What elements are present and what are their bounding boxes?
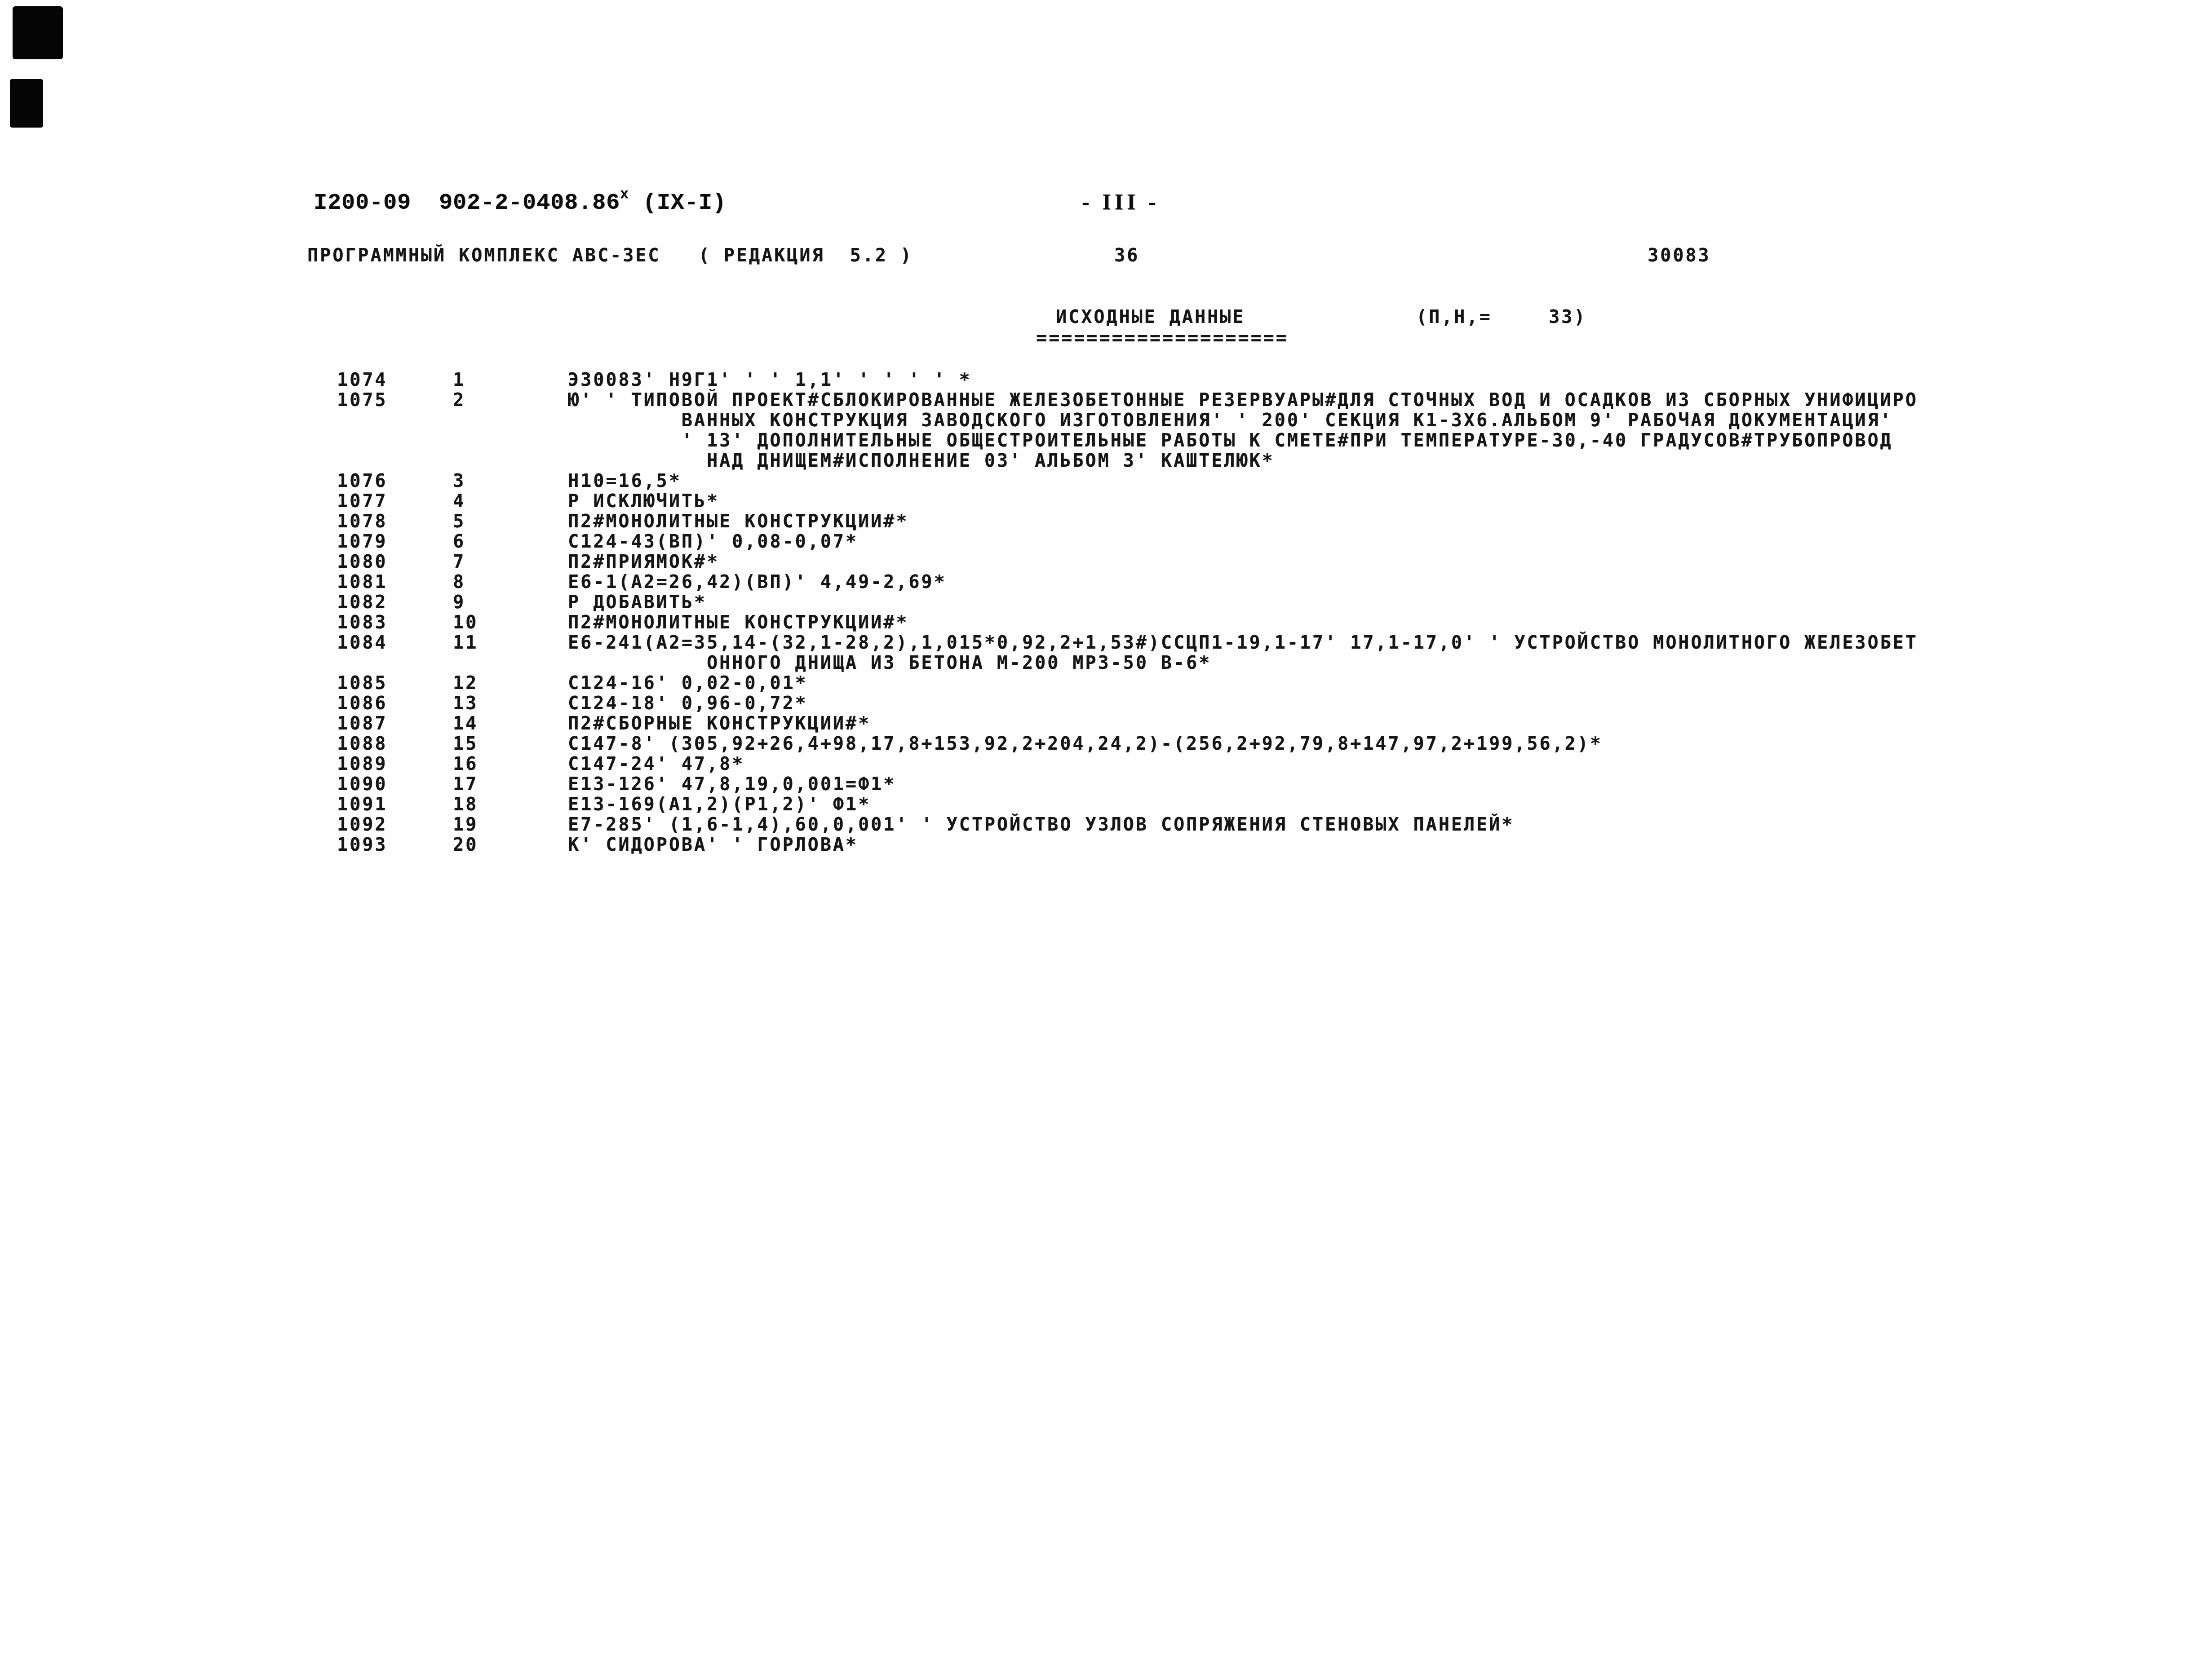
entry-text: С124-16' 0,02-0,01* bbox=[568, 673, 808, 694]
line-number: 1089 bbox=[337, 754, 453, 774]
entry-text: С124-43(ВП)' 0,08-0,07* bbox=[568, 532, 858, 552]
entry-number: 1 bbox=[453, 370, 568, 390]
section-title-underline: ==================== bbox=[1036, 329, 1289, 347]
entry-text: Р ИСКЛЮЧИТЬ* bbox=[568, 491, 719, 512]
entry-number: 17 bbox=[453, 774, 568, 795]
line-number: 1080 bbox=[337, 552, 453, 572]
line-number: 1084 bbox=[337, 633, 453, 653]
entry-number: 12 bbox=[453, 673, 568, 694]
page-number: 36 bbox=[1114, 247, 1139, 265]
listing-line: 10741Э30083' Н9Г1' ' ' 1,1' ' ' ' ' * bbox=[337, 370, 1918, 390]
entry-text: Р ДОБАВИТЬ* bbox=[568, 592, 707, 613]
entry-text: Ю' ' ТИПОВОЙ ПРОЕКТ#СБЛОКИРОВАННЫЕ ЖЕЛЕЗ… bbox=[568, 390, 1918, 411]
listing-line: ВАННЫХ КОНСТРУКЦИЯ ЗАВОДСКОГО ИЗГОТОВЛЕН… bbox=[337, 411, 1918, 431]
entry-text: Е6-241(А2=35,14-(32,1-28,2),1,015*0,92,2… bbox=[568, 633, 1918, 653]
object-code: 30083 bbox=[1648, 247, 1710, 265]
line-number: 1082 bbox=[337, 592, 453, 613]
page-roman-numeral: - III - bbox=[1082, 190, 1160, 213]
section-params-value: 33) bbox=[1549, 308, 1586, 326]
entry-text: ВАННЫХ КОНСТРУКЦИЯ ЗАВОДСКОГО ИЗГОТОВЛЕН… bbox=[568, 411, 1893, 431]
entry-text: ' 13' ДОПОЛНИТЕЛЬНЫЕ ОБЩЕСТРОИТЕЛЬНЫЕ РА… bbox=[568, 431, 1893, 451]
line-number: 1091 bbox=[337, 795, 453, 815]
listing-line: 108815С147-8' (305,92+26,4+98,17,8+153,9… bbox=[337, 734, 1918, 754]
section-params-label: (П,Н,= bbox=[1416, 308, 1492, 326]
line-number: 1081 bbox=[337, 572, 453, 592]
line-number: 1086 bbox=[337, 694, 453, 714]
listing-line: 10752Ю' ' ТИПОВОЙ ПРОЕКТ#СБЛОКИРОВАННЫЕ … bbox=[337, 390, 1918, 411]
listing-line: 108310П2#МОНОЛИТНЫЕ КОНСТРУКЦИИ#* bbox=[337, 613, 1918, 633]
entry-number: 15 bbox=[453, 734, 568, 754]
line-number: 1079 bbox=[337, 532, 453, 552]
entry-number: 10 bbox=[453, 613, 568, 633]
entry-number: 11 bbox=[453, 633, 568, 653]
line-number: 1092 bbox=[337, 815, 453, 835]
line-number: 1093 bbox=[337, 835, 453, 855]
entry-number: 4 bbox=[453, 491, 568, 512]
entry-number: 3 bbox=[453, 471, 568, 491]
listing-line: 10796С124-43(ВП)' 0,08-0,07* bbox=[337, 532, 1918, 552]
listing-line: ' 13' ДОПОЛНИТЕЛЬНЫЕ ОБЩЕСТРОИТЕЛЬНЫЕ РА… bbox=[337, 431, 1918, 451]
entry-number: 13 bbox=[453, 694, 568, 714]
listing-line: 108714П2#СБОРНЫЕ КОНСТРУКЦИИ#* bbox=[337, 714, 1918, 734]
entry-text: С147-8' (305,92+26,4+98,17,8+153,92,2+20… bbox=[568, 734, 1603, 754]
entry-text: П2#СБОРНЫЕ КОНСТРУКЦИИ#* bbox=[568, 714, 871, 734]
entry-text: Е6-1(А2=26,42)(ВП)' 4,49-2,69* bbox=[568, 572, 946, 592]
entry-number: 9 bbox=[453, 592, 568, 613]
entry-text: Э30083' Н9Г1' ' ' 1,1' ' ' ' ' * bbox=[568, 370, 972, 390]
entry-number: 6 bbox=[453, 532, 568, 552]
entry-number: 19 bbox=[453, 815, 568, 835]
listing-line: 10829Р ДОБАВИТЬ* bbox=[337, 592, 1918, 613]
entry-number: 5 bbox=[453, 512, 568, 532]
listing-line: 109219Е7-285' (1,6-1,4),60,0,001' ' УСТР… bbox=[337, 815, 1918, 835]
entry-number: 16 bbox=[453, 754, 568, 774]
entry-text: П2#МОНОЛИТНЫЕ КОНСТРУКЦИИ#* bbox=[568, 613, 908, 633]
listing-line: 10785П2#МОНОЛИТНЫЕ КОНСТРУКЦИИ#* bbox=[337, 512, 1918, 532]
entry-number: 8 bbox=[453, 572, 568, 592]
listing-line: 10763Н10=16,5* bbox=[337, 471, 1918, 491]
entry-text: ОННОГО ДНИЩА ИЗ БЕТОНА М-200 МРЗ-50 В-6* bbox=[568, 653, 1211, 673]
entry-text: П2#ПРИЯМОК#* bbox=[568, 552, 719, 572]
entry-text: Е7-285' (1,6-1,4),60,0,001' ' УСТРОЙСТВО… bbox=[568, 815, 1514, 835]
document-number: I200-09 902-2-0408.86х (IX-I) bbox=[314, 190, 727, 215]
document-number-superscript: х bbox=[620, 187, 629, 203]
line-number: 1078 bbox=[337, 512, 453, 532]
document-number-suffix: (IX-I) bbox=[629, 190, 727, 216]
line-number: 1088 bbox=[337, 734, 453, 754]
listing-line: 10818Е6-1(А2=26,42)(ВП)' 4,49-2,69* bbox=[337, 572, 1918, 592]
document-number-main: I200-09 902-2-0408.86 bbox=[314, 190, 620, 216]
listing-line: 108916С147-24' 47,8* bbox=[337, 754, 1918, 774]
entry-text: С124-18' 0,96-0,72* bbox=[568, 694, 808, 714]
scanned-listing-page: I200-09 902-2-0408.86х (IX-I) - III - ПР… bbox=[0, 0, 2193, 1680]
listing-line: 109017Е13-126' 47,8,19,0,001=Ф1* bbox=[337, 774, 1918, 795]
listing-line: 109320К' СИДОРОВА' ' ГОРЛОВА* bbox=[337, 835, 1918, 855]
entry-text: С147-24' 47,8* bbox=[568, 754, 744, 774]
entry-number: 14 bbox=[453, 714, 568, 734]
listing-line: ОННОГО ДНИЩА ИЗ БЕТОНА М-200 МРЗ-50 В-6* bbox=[337, 653, 1918, 673]
entry-text: П2#МОНОЛИТНЫЕ КОНСТРУКЦИИ#* bbox=[568, 512, 908, 532]
entry-text: Е13-126' 47,8,19,0,001=Ф1* bbox=[568, 774, 896, 795]
line-number: 1076 bbox=[337, 471, 453, 491]
line-number: 1077 bbox=[337, 491, 453, 512]
line-number: 1090 bbox=[337, 774, 453, 795]
listing-line: 10807П2#ПРИЯМОК#* bbox=[337, 552, 1918, 572]
line-number: 1085 bbox=[337, 673, 453, 694]
listing-line: 108512С124-16' 0,02-0,01* bbox=[337, 673, 1918, 694]
entry-number: 7 bbox=[453, 552, 568, 572]
line-number: 1083 bbox=[337, 613, 453, 633]
listing-line: 109118Е13-169(А1,2)(Р1,2)' Ф1* bbox=[337, 795, 1918, 815]
line-number: 1087 bbox=[337, 714, 453, 734]
listing-line: 108411Е6-241(А2=35,14-(32,1-28,2),1,015*… bbox=[337, 633, 1918, 653]
line-number: 1075 bbox=[337, 390, 453, 411]
entry-text: К' СИДОРОВА' ' ГОРЛОВА* bbox=[568, 835, 858, 855]
scan-artifact bbox=[13, 6, 63, 59]
program-complex-line: ПРОГРАММНЫЙ КОМПЛЕКС АВС-3ЕС ( РЕДАКЦИЯ … bbox=[307, 247, 913, 265]
line-number: 1074 bbox=[337, 370, 453, 390]
listing-line: 108613С124-18' 0,96-0,72* bbox=[337, 694, 1918, 714]
listing-line: НАД ДНИЩЕМ#ИСПОЛНЕНИЕ 03' АЛЬБОМ 3' КАШТ… bbox=[337, 451, 1918, 471]
listing: 10741Э30083' Н9Г1' ' ' 1,1' ' ' ' ' *107… bbox=[337, 370, 1918, 855]
section-title: ИСХОДНЫЕ ДАННЫЕ bbox=[1056, 308, 1245, 326]
scan-artifact bbox=[10, 79, 43, 128]
entry-number: 2 bbox=[453, 390, 568, 411]
entry-number: 20 bbox=[453, 835, 568, 855]
listing-line: 10774Р ИСКЛЮЧИТЬ* bbox=[337, 491, 1918, 512]
entry-number: 18 bbox=[453, 795, 568, 815]
entry-text: НАД ДНИЩЕМ#ИСПОЛНЕНИЕ 03' АЛЬБОМ 3' КАШТ… bbox=[568, 451, 1275, 471]
entry-text: Е13-169(А1,2)(Р1,2)' Ф1* bbox=[568, 795, 871, 815]
entry-text: Н10=16,5* bbox=[568, 471, 682, 491]
